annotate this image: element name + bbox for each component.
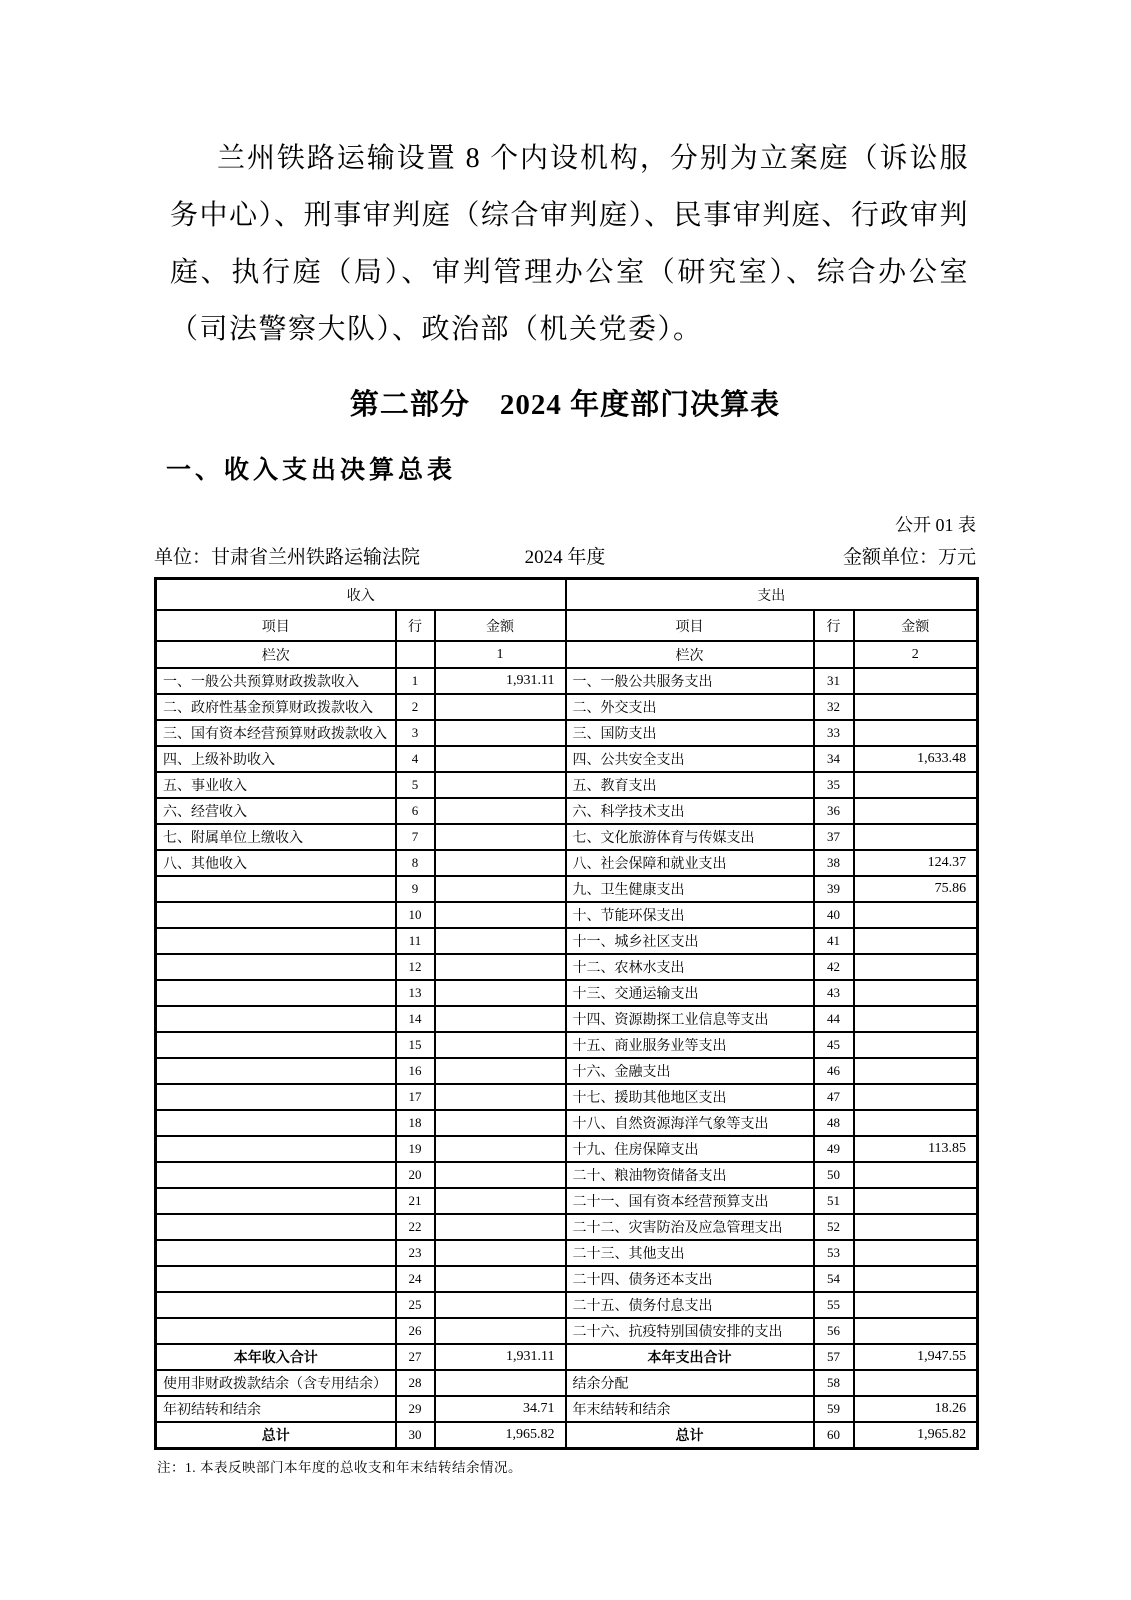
expense-item-cell: 二、外交支出 [566, 694, 814, 720]
part-title: 第二部分 2024 年度部门决算表 [154, 382, 976, 423]
expense-item-cell: 十八、自然资源海洋气象等支出 [566, 1110, 814, 1136]
income-line-cell: 22 [396, 1214, 435, 1240]
expense-line-cell: 38 [814, 850, 854, 876]
expense-column-index: 2 [854, 641, 978, 668]
expense-item-cell: 十六、金融支出 [566, 1058, 814, 1084]
income-item-cell [156, 1214, 396, 1240]
expense-line-cell: 45 [814, 1032, 854, 1058]
income-amount-cell [435, 1110, 566, 1136]
expense-item-cell: 十三、交通运输支出 [566, 980, 814, 1006]
expense-item-cell: 十、节能环保支出 [566, 902, 814, 928]
expense-item-cell: 二十六、抗疫特别国债安排的支出 [566, 1318, 814, 1344]
income-item-cell: 五、事业收入 [156, 772, 396, 798]
table-row: 23二十三、其他支出53 [156, 1240, 978, 1266]
expense-amount-cell [854, 1032, 978, 1058]
table-row: 19十九、住房保障支出49113.85 [156, 1136, 978, 1162]
expense-line-cell: 50 [814, 1162, 854, 1188]
expense-line-cell: 41 [814, 928, 854, 954]
table-row: 一、一般公共预算财政拨款收入11,931.11一、一般公共服务支出31 [156, 668, 978, 694]
expense-amount-header: 金额 [854, 610, 978, 641]
section-title: 一、收入支出决算总表 [166, 450, 456, 486]
expense-amount-cell: 18.26 [854, 1396, 978, 1422]
expense-line-cell: 31 [814, 668, 854, 694]
expense-amount-cell: 1,633.48 [854, 746, 978, 772]
income-item-cell [156, 954, 396, 980]
expense-line-cell: 42 [814, 954, 854, 980]
income-lanci-line-cell [396, 641, 435, 668]
expense-line-header: 行 [814, 610, 854, 641]
income-line-cell: 12 [396, 954, 435, 980]
group-header-row: 收入 支出 [156, 579, 978, 611]
income-line-cell: 2 [396, 694, 435, 720]
income-line-cell: 15 [396, 1032, 435, 1058]
income-item-cell: 二、政府性基金预算财政拨款收入 [156, 694, 396, 720]
income-item-cell: 六、经营收入 [156, 798, 396, 824]
income-item-cell [156, 928, 396, 954]
table-row: 22二十二、灾害防治及应急管理支出52 [156, 1214, 978, 1240]
table-row: 20二十、粮油物资储备支出50 [156, 1162, 978, 1188]
income-line-cell: 29 [396, 1396, 435, 1422]
expense-amount-cell [854, 1162, 978, 1188]
income-item-cell [156, 902, 396, 928]
expense-amount-cell [854, 772, 978, 798]
income-item-cell [156, 1058, 396, 1084]
expense-amount-cell [854, 980, 978, 1006]
expense-item-cell: 结余分配 [566, 1370, 814, 1396]
expense-amount-cell [854, 1110, 978, 1136]
table-row: 八、其他收入8八、社会保障和就业支出38124.37 [156, 850, 978, 876]
income-item-cell [156, 1136, 396, 1162]
expense-item-cell: 二十五、债务付息支出 [566, 1292, 814, 1318]
expense-item-cell: 八、社会保障和就业支出 [566, 850, 814, 876]
expense-amount-cell [854, 928, 978, 954]
income-column-index: 1 [435, 641, 566, 668]
expense-item-cell: 十九、住房保障支出 [566, 1136, 814, 1162]
expense-line-cell: 37 [814, 824, 854, 850]
column-header-row: 项目 行 金额 项目 行 金额 [156, 610, 978, 641]
income-item-cell [156, 1084, 396, 1110]
amount-unit-label: 金额单位：万元 [668, 542, 976, 569]
income-item-cell [156, 1240, 396, 1266]
summary-row: 本年收入合计271,931.11本年支出合计571,947.55 [156, 1344, 978, 1370]
income-amount-cell [435, 1162, 566, 1188]
expense-line-cell: 43 [814, 980, 854, 1006]
income-line-cell: 3 [396, 720, 435, 746]
expense-line-cell: 32 [814, 694, 854, 720]
income-amount-cell [435, 1058, 566, 1084]
expense-line-cell: 51 [814, 1188, 854, 1214]
expense-item-cell: 二十四、债务还本支出 [566, 1266, 814, 1292]
income-item-cell [156, 1006, 396, 1032]
income-line-cell: 5 [396, 772, 435, 798]
summary-row: 使用非财政拨款结余（含专用结余）28结余分配58 [156, 1370, 978, 1396]
income-amount-header: 金额 [435, 610, 566, 641]
income-line-cell: 25 [396, 1292, 435, 1318]
expense-item-cell: 十四、资源勘探工业信息等支出 [566, 1006, 814, 1032]
expense-line-cell: 46 [814, 1058, 854, 1084]
expense-item-cell: 三、国防支出 [566, 720, 814, 746]
expense-lanci-line-cell [814, 641, 854, 668]
income-line-cell: 19 [396, 1136, 435, 1162]
income-amount-cell [435, 1370, 566, 1396]
expense-item-cell: 总计 [566, 1422, 814, 1449]
income-lanci-label: 栏次 [156, 641, 396, 668]
income-line-cell: 18 [396, 1110, 435, 1136]
income-item-cell [156, 1318, 396, 1344]
income-line-header: 行 [396, 610, 435, 641]
income-item-cell: 年初结转和结余 [156, 1396, 396, 1422]
document-page: 兰州铁路运输设置 8 个内设机构，分别为立案庭（诉讼服务中心）、刑事审判庭（综合… [0, 0, 1131, 1600]
expense-amount-cell [854, 1292, 978, 1318]
income-line-cell: 16 [396, 1058, 435, 1084]
income-line-cell: 1 [396, 668, 435, 694]
expense-line-cell: 60 [814, 1422, 854, 1449]
income-amount-cell [435, 1032, 566, 1058]
income-amount-cell [435, 954, 566, 980]
income-amount-cell [435, 928, 566, 954]
expense-item-cell: 本年支出合计 [566, 1344, 814, 1370]
expense-item-cell: 十七、援助其他地区支出 [566, 1084, 814, 1110]
income-amount-cell [435, 1266, 566, 1292]
expense-line-cell: 54 [814, 1266, 854, 1292]
column-index-row: 栏次 1 栏次 2 [156, 641, 978, 668]
year-label: 2024 年度 [462, 542, 668, 569]
income-amount-cell [435, 772, 566, 798]
expense-amount-cell [854, 1214, 978, 1240]
income-amount-cell [435, 1318, 566, 1344]
table-body: 收入 支出 项目 行 金额 项目 行 金额 栏次 1 栏次 2 一、一般公共预算… [156, 579, 978, 1449]
table-row: 26二十六、抗疫特别国债安排的支出56 [156, 1318, 978, 1344]
expense-amount-cell [854, 1058, 978, 1084]
intro-paragraph: 兰州铁路运输设置 8 个内设机构，分别为立案庭（诉讼服务中心）、刑事审判庭（综合… [170, 130, 969, 358]
income-amount-cell [435, 1214, 566, 1240]
table-row: 17十七、援助其他地区支出47 [156, 1084, 978, 1110]
table-row: 25二十五、债务付息支出55 [156, 1292, 978, 1318]
expense-group-header: 支出 [566, 579, 978, 611]
income-amount-cell [435, 694, 566, 720]
expense-item-cell: 一、一般公共服务支出 [566, 668, 814, 694]
expense-amount-cell [854, 824, 978, 850]
expense-item-cell: 十一、城乡社区支出 [566, 928, 814, 954]
table-meta-row: 单位：甘肃省兰州铁路运输法院 2024 年度 金额单位：万元 [154, 542, 976, 569]
income-item-cell [156, 980, 396, 1006]
income-item-cell: 总计 [156, 1422, 396, 1449]
income-line-cell: 9 [396, 876, 435, 902]
expense-line-cell: 48 [814, 1110, 854, 1136]
income-expense-summary-table: 收入 支出 项目 行 金额 项目 行 金额 栏次 1 栏次 2 一、一般公共预算… [154, 577, 979, 1450]
income-item-cell [156, 1110, 396, 1136]
expense-line-cell: 55 [814, 1292, 854, 1318]
expense-item-cell: 十五、商业服务业等支出 [566, 1032, 814, 1058]
expense-item-cell: 二十三、其他支出 [566, 1240, 814, 1266]
expense-amount-cell [854, 902, 978, 928]
income-item-cell: 使用非财政拨款结余（含专用结余） [156, 1370, 396, 1396]
expense-item-cell: 六、科学技术支出 [566, 798, 814, 824]
income-amount-cell [435, 1084, 566, 1110]
table-row: 五、事业收入5五、教育支出35 [156, 772, 978, 798]
income-amount-cell [435, 876, 566, 902]
expense-item-cell: 四、公共安全支出 [566, 746, 814, 772]
expense-line-cell: 40 [814, 902, 854, 928]
expense-amount-cell [854, 1188, 978, 1214]
expense-amount-cell [854, 954, 978, 980]
income-line-cell: 4 [396, 746, 435, 772]
unit-label: 单位：甘肃省兰州铁路运输法院 [154, 542, 462, 569]
expense-item-header: 项目 [566, 610, 814, 641]
expense-item-cell: 七、文化旅游体育与传媒支出 [566, 824, 814, 850]
income-item-cell: 八、其他收入 [156, 850, 396, 876]
expense-line-cell: 49 [814, 1136, 854, 1162]
income-amount-cell: 1,965.82 [435, 1422, 566, 1449]
expense-line-cell: 35 [814, 772, 854, 798]
income-amount-cell [435, 1240, 566, 1266]
income-line-cell: 20 [396, 1162, 435, 1188]
income-line-cell: 28 [396, 1370, 435, 1396]
expense-amount-cell: 1,965.82 [854, 1422, 978, 1449]
expense-item-cell: 九、卫生健康支出 [566, 876, 814, 902]
expense-amount-cell [854, 1266, 978, 1292]
income-amount-cell: 34.71 [435, 1396, 566, 1422]
income-line-cell: 17 [396, 1084, 435, 1110]
table-footnote: 注：1. 本表反映部门本年度的总收支和年末结转结余情况。 [157, 1456, 522, 1476]
expense-item-cell: 年末结转和结余 [566, 1396, 814, 1422]
expense-line-cell: 58 [814, 1370, 854, 1396]
expense-amount-cell [854, 1240, 978, 1266]
income-amount-cell [435, 1006, 566, 1032]
sheet-number-label: 公开 01 表 [154, 511, 976, 537]
expense-item-cell: 五、教育支出 [566, 772, 814, 798]
expense-line-cell: 57 [814, 1344, 854, 1370]
income-amount-cell [435, 980, 566, 1006]
table-row: 16十六、金融支出46 [156, 1058, 978, 1084]
expense-lanci-label: 栏次 [566, 641, 814, 668]
expense-line-cell: 53 [814, 1240, 854, 1266]
income-item-cell [156, 1188, 396, 1214]
expense-amount-cell [854, 720, 978, 746]
expense-amount-cell: 75.86 [854, 876, 978, 902]
income-amount-cell [435, 720, 566, 746]
income-item-cell: 本年收入合计 [156, 1344, 396, 1370]
income-item-cell [156, 1292, 396, 1318]
expense-line-cell: 59 [814, 1396, 854, 1422]
summary-row: 年初结转和结余2934.71年末结转和结余5918.26 [156, 1396, 978, 1422]
expense-amount-cell [854, 798, 978, 824]
income-line-cell: 24 [396, 1266, 435, 1292]
expense-line-cell: 36 [814, 798, 854, 824]
income-amount-cell [435, 902, 566, 928]
expense-item-cell: 二十一、国有资本经营预算支出 [566, 1188, 814, 1214]
expense-item-cell: 二十、粮油物资储备支出 [566, 1162, 814, 1188]
income-line-cell: 8 [396, 850, 435, 876]
table-row: 12十二、农林水支出42 [156, 954, 978, 980]
income-line-cell: 7 [396, 824, 435, 850]
expense-line-cell: 56 [814, 1318, 854, 1344]
income-amount-cell [435, 824, 566, 850]
table-row: 15十五、商业服务业等支出45 [156, 1032, 978, 1058]
income-line-cell: 10 [396, 902, 435, 928]
income-amount-cell [435, 1136, 566, 1162]
income-amount-cell: 1,931.11 [435, 1344, 566, 1370]
income-line-cell: 14 [396, 1006, 435, 1032]
expense-amount-cell [854, 1084, 978, 1110]
income-item-cell: 一、一般公共预算财政拨款收入 [156, 668, 396, 694]
expense-amount-cell [854, 668, 978, 694]
income-line-cell: 27 [396, 1344, 435, 1370]
table-row: 三、国有资本经营预算财政拨款收入3三、国防支出33 [156, 720, 978, 746]
expense-line-cell: 39 [814, 876, 854, 902]
income-line-cell: 30 [396, 1422, 435, 1449]
table-row: 14十四、资源勘探工业信息等支出44 [156, 1006, 978, 1032]
table-row: 七、附属单位上缴收入7七、文化旅游体育与传媒支出37 [156, 824, 978, 850]
income-item-cell: 三、国有资本经营预算财政拨款收入 [156, 720, 396, 746]
expense-line-cell: 52 [814, 1214, 854, 1240]
table-row: 10十、节能环保支出40 [156, 902, 978, 928]
expense-amount-cell: 113.85 [854, 1136, 978, 1162]
expense-amount-cell: 124.37 [854, 850, 978, 876]
income-line-cell: 23 [396, 1240, 435, 1266]
table-row: 六、经营收入6六、科学技术支出36 [156, 798, 978, 824]
expense-amount-cell [854, 694, 978, 720]
table-row: 13十三、交通运输支出43 [156, 980, 978, 1006]
income-amount-cell [435, 1188, 566, 1214]
table-row: 二、政府性基金预算财政拨款收入2二、外交支出32 [156, 694, 978, 720]
income-line-cell: 6 [396, 798, 435, 824]
income-line-cell: 11 [396, 928, 435, 954]
income-group-header: 收入 [156, 579, 566, 611]
expense-line-cell: 33 [814, 720, 854, 746]
income-line-cell: 13 [396, 980, 435, 1006]
income-amount-cell [435, 850, 566, 876]
expense-line-cell: 47 [814, 1084, 854, 1110]
income-amount-cell [435, 1292, 566, 1318]
table-row: 9九、卫生健康支出3975.86 [156, 876, 978, 902]
expense-item-cell: 十二、农林水支出 [566, 954, 814, 980]
table-row: 11十一、城乡社区支出41 [156, 928, 978, 954]
expense-amount-cell [854, 1370, 978, 1396]
income-line-cell: 26 [396, 1318, 435, 1344]
income-amount-cell: 1,931.11 [435, 668, 566, 694]
expense-amount-cell: 1,947.55 [854, 1344, 978, 1370]
income-amount-cell [435, 798, 566, 824]
expense-line-cell: 34 [814, 746, 854, 772]
income-item-cell [156, 1162, 396, 1188]
table-row: 24二十四、债务还本支出54 [156, 1266, 978, 1292]
income-item-cell [156, 1032, 396, 1058]
expense-item-cell: 二十二、灾害防治及应急管理支出 [566, 1214, 814, 1240]
income-item-cell [156, 876, 396, 902]
income-line-cell: 21 [396, 1188, 435, 1214]
expense-line-cell: 44 [814, 1006, 854, 1032]
income-item-header: 项目 [156, 610, 396, 641]
income-item-cell: 七、附属单位上缴收入 [156, 824, 396, 850]
table-row: 四、上级补助收入4四、公共安全支出341,633.48 [156, 746, 978, 772]
summary-row: 总计301,965.82总计601,965.82 [156, 1422, 978, 1449]
expense-amount-cell [854, 1318, 978, 1344]
income-item-cell [156, 1266, 396, 1292]
table-row: 21二十一、国有资本经营预算支出51 [156, 1188, 978, 1214]
income-amount-cell [435, 746, 566, 772]
table-row: 18十八、自然资源海洋气象等支出48 [156, 1110, 978, 1136]
income-item-cell: 四、上级补助收入 [156, 746, 396, 772]
expense-amount-cell [854, 1006, 978, 1032]
